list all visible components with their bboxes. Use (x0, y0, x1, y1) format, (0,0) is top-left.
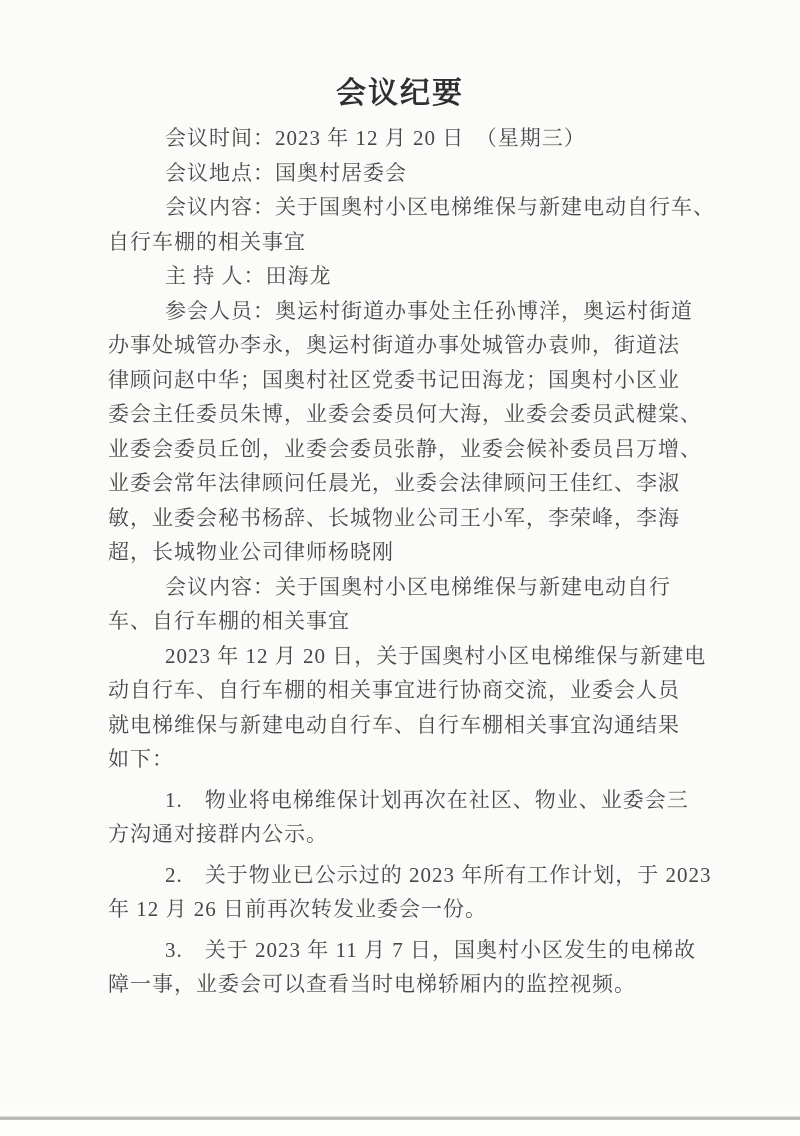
doc-line: 年 12 月 26 日前再次转发业委会一份。 (108, 892, 740, 927)
doc-line: 车、自行车棚的相关事宜 (108, 604, 740, 639)
doc-line: 就电梯维保与新建电动自行车、自行车棚相关事宜沟通结果 (108, 708, 740, 743)
doc-line: 会议时间：2023 年 12 月 20 日 （星期三） (108, 121, 740, 156)
doc-line: 3. 关于 2023 年 11 月 7 日，国奥村小区发生的电梯故 (108, 933, 740, 968)
doc-line: 2. 关于物业已公示过的 2023 年所有工作计划，于 2023 (108, 858, 740, 893)
document-title: 会议纪要 (0, 70, 800, 118)
doc-line: 业委会常年法律顾问任晨光，业委会法律顾问王佳红、李淑 (108, 466, 740, 501)
doc-line: 会议内容：关于国奥村小区电梯维保与新建电动自行 (108, 570, 740, 605)
doc-line: 1. 物业将电梯维保计划再次在社区、物业、业委会三 (108, 783, 740, 818)
doc-line: 律顾问赵中华；国奥村社区党委书记田海龙；国奥村小区业 (108, 363, 740, 398)
doc-line: 自行车棚的相关事宜 (108, 225, 740, 260)
doc-line: 主 持 人：田海龙 (108, 259, 740, 294)
doc-line: 敏，业委会秘书杨辞、长城物业公司王小军，李荣峰，李海 (108, 501, 740, 536)
doc-line: 业委会委员丘创，业委会委员张静，业委会候补委员吕万增、 (108, 432, 740, 467)
scanned-page: 会议纪要 会议时间：2023 年 12 月 20 日 （星期三）会议地点：国奥村… (0, 0, 800, 1118)
doc-line: 委会主任委员朱博，业委会委员何大海，业委会委员武楗棠、 (108, 397, 740, 432)
doc-line: 动自行车、自行车棚的相关事宜进行协商交流，业委会人员 (108, 673, 740, 708)
doc-line: 会议地点：国奥村居委会 (108, 156, 740, 191)
scanner-background (0, 1120, 800, 1136)
doc-line: 障一事，业委会可以查看当时电梯轿厢内的监控视频。 (108, 967, 740, 1002)
doc-line: 超，长城物业公司律师杨晓刚 (108, 535, 740, 570)
doc-line: 2023 年 12 月 20 日，关于国奥村小区电梯维保与新建电 (108, 639, 740, 674)
doc-line: 会议内容：关于国奥村小区电梯维保与新建电动自行车、 (108, 190, 740, 225)
doc-line: 如下： (108, 742, 740, 777)
doc-line: 办事处城管办李永，奥运村街道办事处城管办袁帅，街道法 (108, 328, 740, 363)
doc-line: 参会人员：奥运村街道办事处主任孙博洋，奥运村街道 (108, 294, 740, 329)
doc-line: 方沟通对接群内公示。 (108, 817, 740, 852)
document-body: 会议时间：2023 年 12 月 20 日 （星期三）会议地点：国奥村居委会会议… (0, 121, 800, 1002)
